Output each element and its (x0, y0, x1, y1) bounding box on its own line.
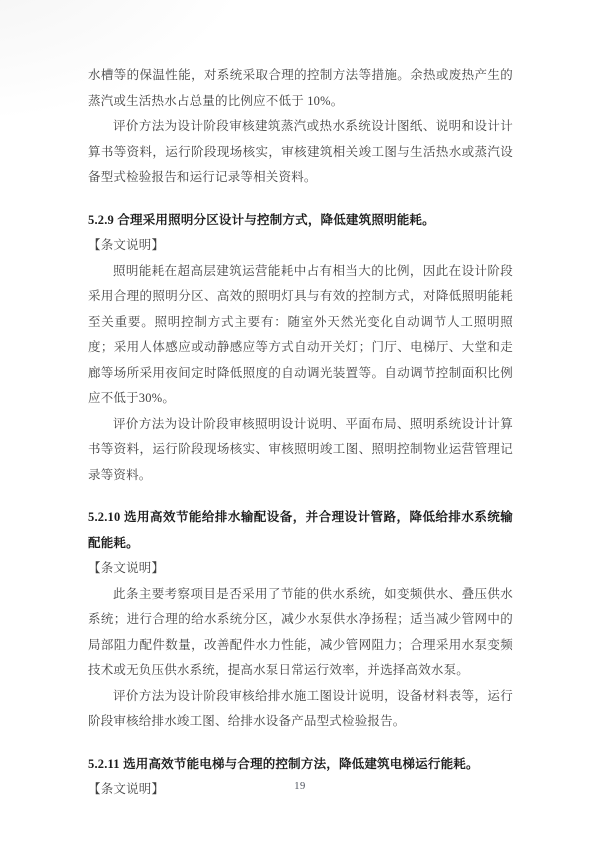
clause-heading-5-2-9: 5.2.9 合理采用照明分区设计与控制方式，降低建筑照明能耗。 (88, 208, 513, 234)
clause-explanation-5-2-9: 照明能耗在超高层建筑运营能耗中占有相当大的比例，因此在设计阶段采用合理的照明分区… (88, 259, 513, 412)
clause-explanation-5-2-10: 此条主要考察项目是否采用了节能的供水系统，如变频供水、叠压供水系统；进行合理的给… (88, 582, 513, 684)
page-number: 19 (0, 781, 600, 792)
page-content: 水槽等的保温性能，对系统采取合理的控制方法等措施。余热或废热产生的蒸汽或生活热水… (88, 63, 513, 803)
clause-evaluation-5-2-9: 评价方法为设计阶段审核照明设计说明、平面布局、照明系统设计计算书等资料，运行阶段… (88, 412, 513, 489)
document-page: 水槽等的保温性能，对系统采取合理的控制方法等措施。余热或废热产生的蒸汽或生活热水… (0, 0, 600, 848)
clause-evaluation-5-2-10: 评价方法为设计阶段审核给排水施工图设计说明，设备材料表等，运行阶段审核给排水竣工… (88, 684, 513, 735)
note-label-5-2-10: 【条文说明】 (88, 556, 513, 582)
clause-heading-5-2-10: 5.2.10 选用高效节能给排水输配设备，并合理设计管路，降低给排水系统输配能耗… (88, 505, 513, 556)
clause-heading-5-2-11: 5.2.11 选用高效节能电梯与合理的控制方法，降低建筑电梯运行能耗。 (88, 752, 513, 778)
paragraph-carryover-evaluation: 评价方法为设计阶段审核建筑蒸汽或热水系统设计图纸、说明和设计计算书等资料，运行阶… (88, 114, 513, 191)
paragraph-carryover: 水槽等的保温性能，对系统采取合理的控制方法等措施。余热或废热产生的蒸汽或生活热水… (88, 63, 513, 114)
note-label-5-2-9: 【条文说明】 (88, 233, 513, 259)
